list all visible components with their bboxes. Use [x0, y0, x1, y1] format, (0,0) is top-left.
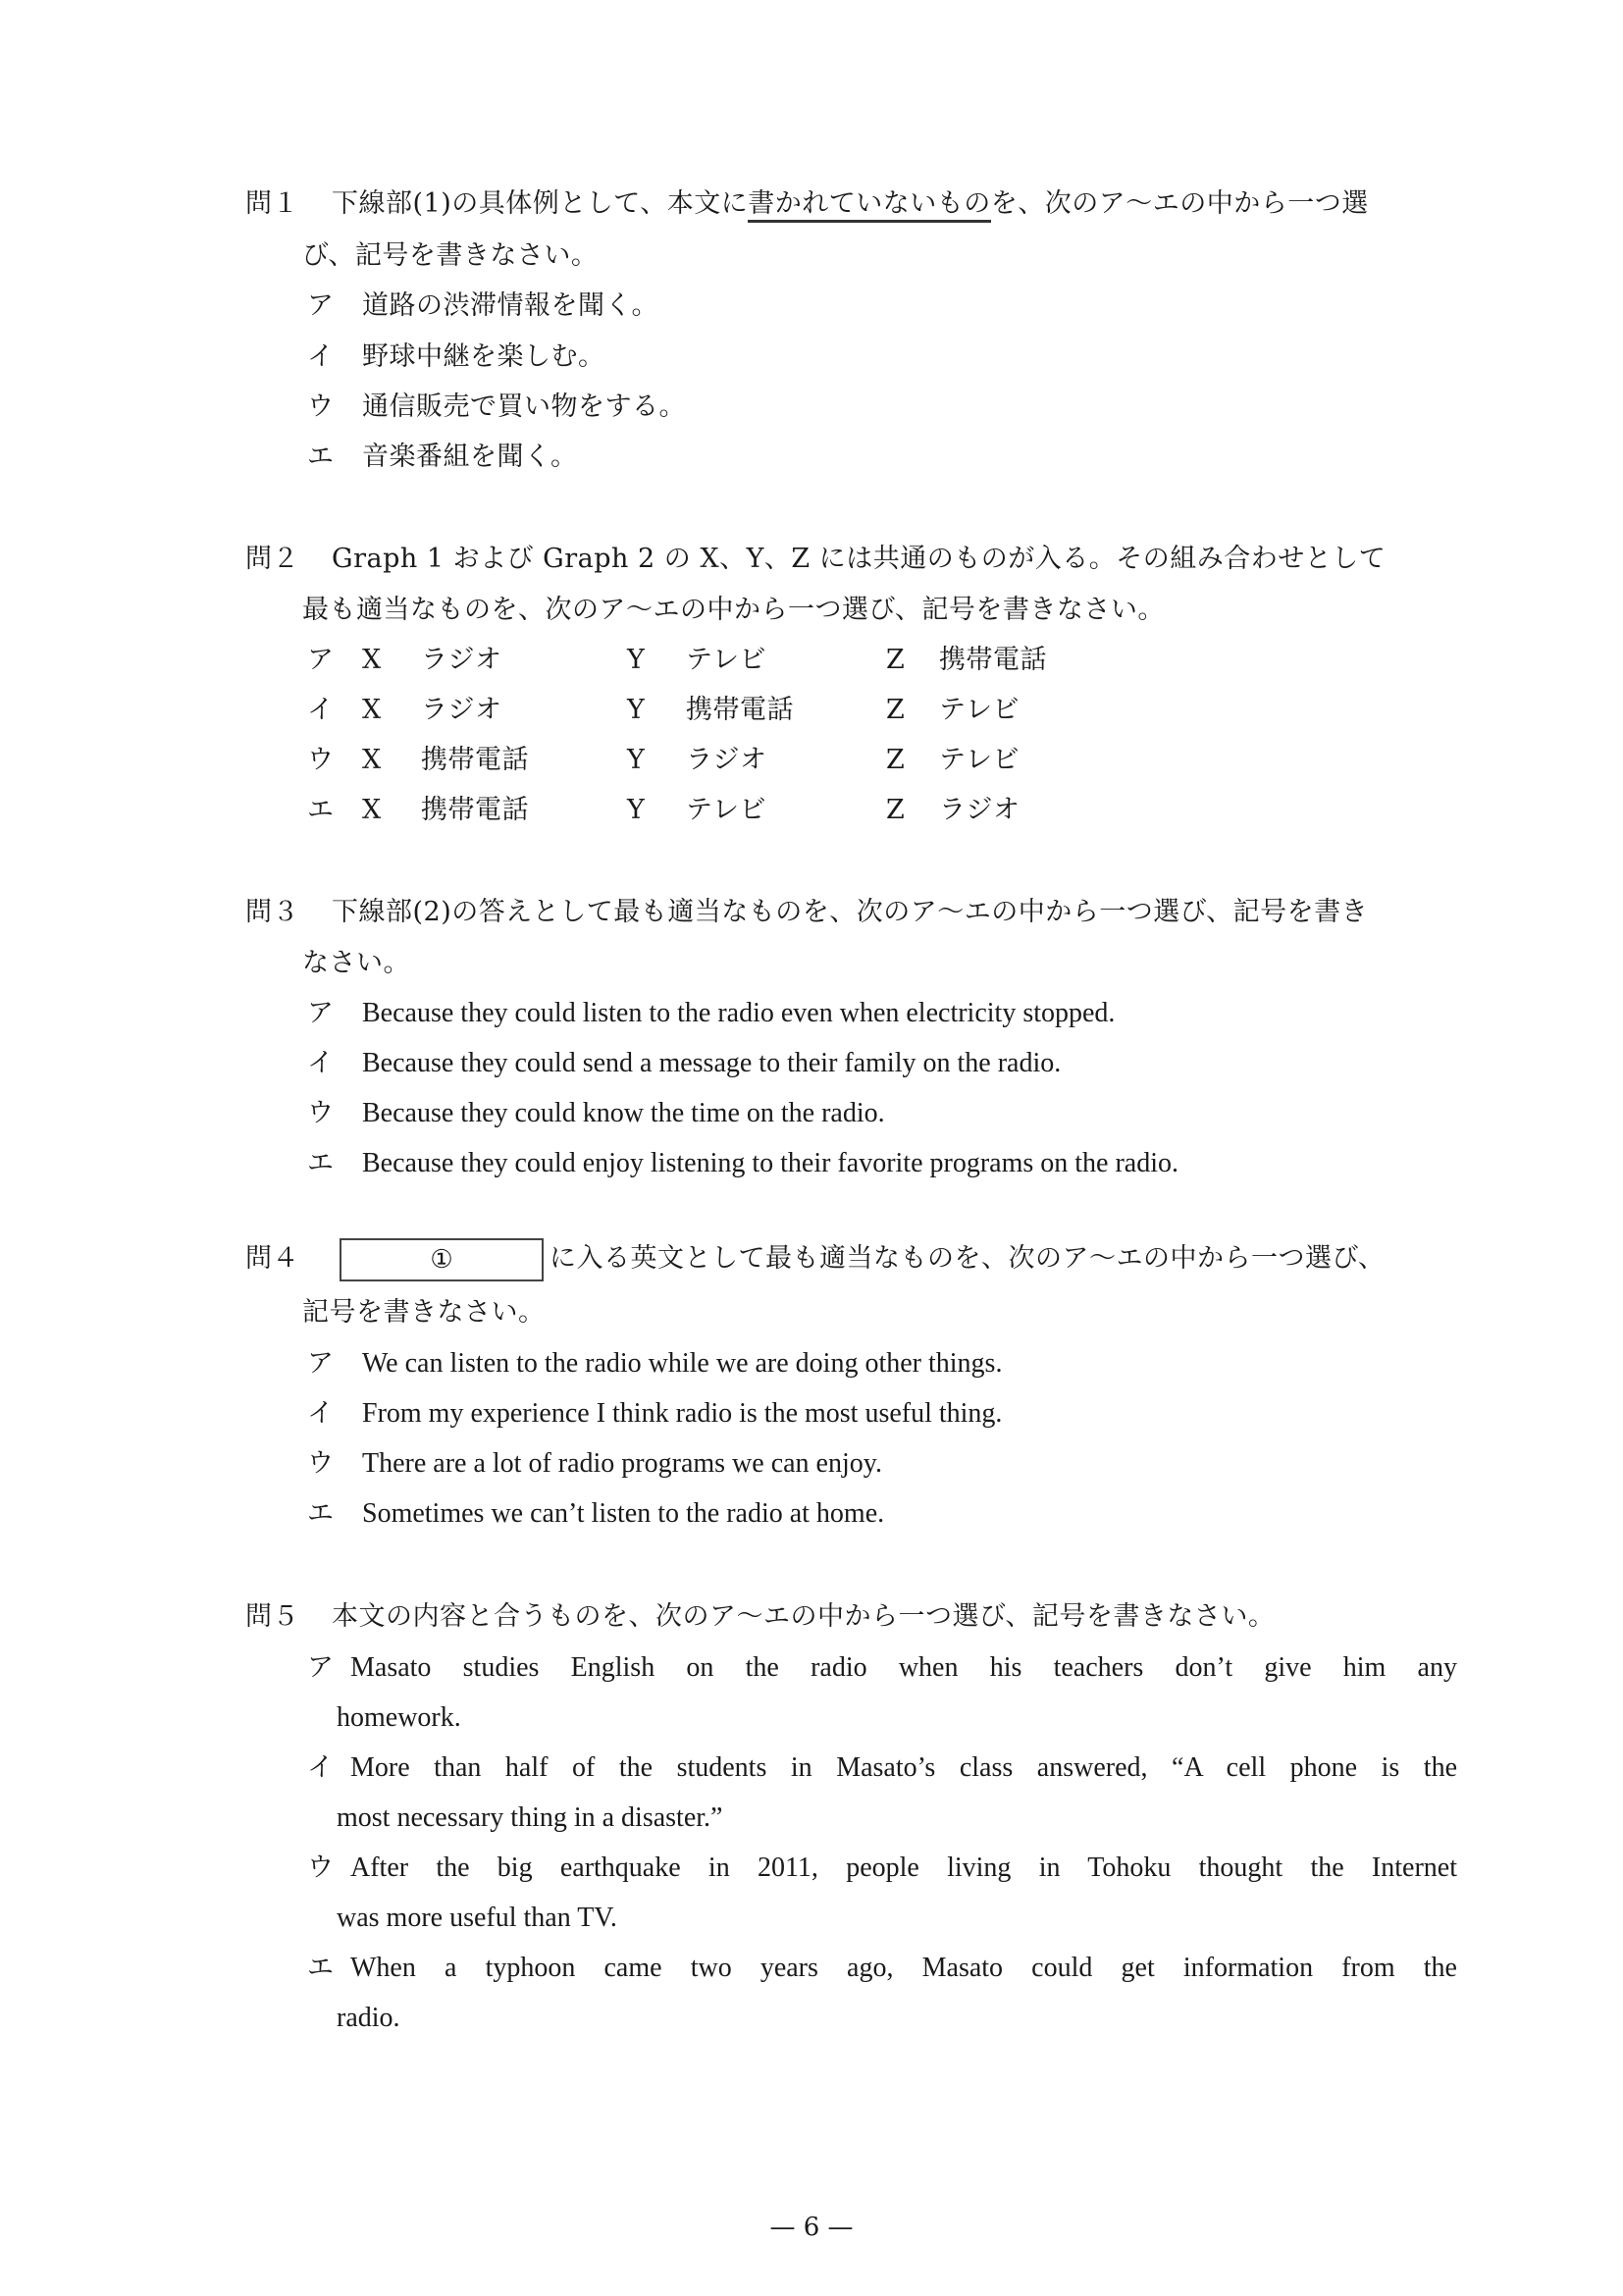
q1-prompt-line2: び、記号を書きなさい。 [302, 238, 598, 274]
option-mark: エ [307, 1496, 362, 1532]
option-mark: エ [307, 440, 362, 475]
x-label: X [362, 643, 421, 678]
option-text: Because they could send a message to the… [362, 1048, 1061, 1078]
q5-option-d-cont: radio. [337, 2001, 400, 2036]
option-mark: イ [307, 1750, 350, 1786]
q4-prompt-line2: 記号を書きなさい。 [302, 1295, 546, 1331]
q4-number: 問４ [245, 1241, 299, 1277]
q1-option-a: ア道路の渋滞情報を聞く。 [307, 288, 658, 324]
option-text: Masato studies English on the radio when… [350, 1650, 1457, 1686]
q3-prompt-line1: 問３下線部(2)の答えとして最も適当なものを、次のア～エの中から一つ選び、記号を… [245, 895, 1368, 930]
option-mark: ウ [307, 1851, 350, 1886]
z-value: ラジオ [939, 793, 1021, 828]
q4-prompt-line1: に入る英文として最も適当なものを、次のア～エの中から一つ選び、 [550, 1241, 1385, 1277]
q2-number: 問２ [245, 542, 332, 577]
z-label: Z [886, 643, 939, 678]
q2-prompt-line2: 最も適当なものを、次のア～エの中から一つ選び、記号を書きなさい。 [302, 593, 1165, 628]
q2-option-b: イXラジオY携帯電話Zテレビ [307, 693, 1020, 728]
q5-option-b: イMore than half of the students in Masat… [307, 1750, 1457, 1786]
option-text: Sometimes we can’t listen to the radio a… [362, 1498, 884, 1529]
option-mark: エ [307, 1951, 350, 1986]
y-label: Y [627, 793, 686, 828]
q3-prompt-line2: なさい。 [302, 946, 410, 981]
q3-option-c: ウBecause they could know the time on the… [307, 1096, 885, 1131]
q2-option-a: アXラジオYテレビZ携帯電話 [307, 643, 1047, 678]
q1-underlined-phrase: 書かれていないもの [748, 188, 991, 223]
x-value: 携帯電話 [421, 743, 627, 778]
q1-prompt-end: を、次のア～エの中から一つ選 [991, 188, 1369, 219]
option-text: 道路の渋滞情報を聞く。 [362, 290, 658, 321]
q4-option-c: ウThere are a lot of radio programs we ca… [307, 1446, 882, 1482]
q4-option-d: エSometimes we can’t listen to the radio … [307, 1496, 884, 1532]
option-mark: ウ [307, 390, 362, 425]
option-text: Because they could enjoy listening to th… [362, 1148, 1178, 1178]
option-mark: ウ [307, 743, 362, 778]
x-label: X [362, 793, 421, 828]
q1-option-d: エ音楽番組を聞く。 [307, 440, 577, 475]
y-label: Y [627, 693, 686, 728]
z-label: Z [886, 793, 939, 828]
option-text: 野球中継を楽しむ。 [362, 341, 605, 372]
y-value: ラジオ [686, 743, 886, 778]
z-value: 携帯電話 [939, 643, 1047, 678]
z-label: Z [886, 743, 939, 778]
y-label: Y [627, 643, 686, 678]
q5-option-a-cont: homework. [337, 1700, 461, 1736]
option-mark: ウ [307, 1446, 362, 1482]
q3-number: 問３ [245, 895, 332, 930]
option-mark: ア [307, 1346, 362, 1382]
y-value: テレビ [686, 793, 886, 828]
x-value: 携帯電話 [421, 793, 627, 828]
option-mark: ア [307, 288, 362, 324]
option-text: From my experience I think radio is the … [362, 1398, 1002, 1429]
exam-page: 問１下線部(1)の具体例として、本文に書かれていないものを、次のア～エの中から一… [0, 0, 1623, 2296]
option-text: More than half of the students in Masato… [350, 1750, 1457, 1786]
q3-option-d: エBecause they could enjoy listening to t… [307, 1146, 1178, 1181]
q4-option-a: アWe can listen to the radio while we are… [307, 1346, 1002, 1382]
option-text: When a typhoon came two years ago, Masat… [350, 1951, 1457, 1986]
q5-prompt-text: 本文の内容と合うものを、次のア～エの中から一つ選び、記号を書きなさい。 [332, 1601, 1275, 1632]
q5-option-b-cont: most necessary thing in a disaster.” [337, 1800, 722, 1836]
option-mark: ア [307, 1650, 350, 1686]
option-mark: イ [307, 1396, 362, 1432]
q5-option-c-cont: was more useful than TV. [337, 1901, 617, 1936]
z-label: Z [886, 693, 939, 728]
option-text: After the big earthquake in 2011, people… [350, 1851, 1457, 1886]
option-mark: ア [307, 643, 362, 678]
page-number: — 6 — [0, 2213, 1623, 2242]
option-text: There are a lot of radio programs we can… [362, 1448, 882, 1479]
x-label: X [362, 743, 421, 778]
option-text: 通信販売で買い物をする。 [362, 391, 686, 422]
option-mark: ア [307, 996, 362, 1031]
x-label: X [362, 693, 421, 728]
q4-option-b: イFrom my experience I think radio is the… [307, 1396, 1002, 1432]
q5-option-d: エWhen a typhoon came two years ago, Masa… [307, 1951, 1457, 1986]
q3-option-a: アBecause they could listen to the radio … [307, 996, 1115, 1031]
q2-prompt-text: Graph 1 および Graph 2 の X、Y、Z には共通のものが入る。そ… [332, 544, 1386, 574]
option-text: 音楽番組を聞く。 [362, 442, 577, 472]
y-label: Y [627, 743, 686, 778]
x-value: ラジオ [421, 693, 627, 728]
q3-prompt-text: 下線部(2)の答えとして最も適当なものを、次のア～エの中から一つ選び、記号を書き [332, 897, 1368, 927]
option-text: Because they could listen to the radio e… [362, 998, 1115, 1028]
q5-option-a: アMasato studies English on the radio whe… [307, 1650, 1457, 1686]
option-mark: エ [307, 1146, 362, 1181]
option-mark: ウ [307, 1096, 362, 1131]
q2-prompt-line1: 問２Graph 1 および Graph 2 の X、Y、Z には共通のものが入る… [245, 542, 1386, 577]
q3-option-b: イBecause they could send a message to th… [307, 1046, 1061, 1081]
option-text: We can listen to the radio while we are … [362, 1348, 1002, 1379]
q2-option-c: ウX携帯電話YラジオZテレビ [307, 743, 1020, 778]
q1-option-b: イ野球中継を楽しむ。 [307, 339, 605, 375]
option-mark: エ [307, 793, 362, 828]
option-mark: イ [307, 693, 362, 728]
q1-number: 問１ [245, 186, 332, 222]
option-mark: イ [307, 339, 362, 375]
q5-number: 問５ [245, 1599, 332, 1635]
q1-prompt-line1: 問１下線部(1)の具体例として、本文に書かれていないものを、次のア～エの中から一… [245, 186, 1369, 222]
q5-prompt-line1: 問５本文の内容と合うものを、次のア～エの中から一つ選び、記号を書きなさい。 [245, 1599, 1275, 1635]
y-value: テレビ [686, 643, 886, 678]
option-mark: イ [307, 1046, 362, 1081]
blank-box-1: ① [340, 1238, 544, 1281]
z-value: テレビ [939, 743, 1020, 778]
q2-option-d: エX携帯電話YテレビZラジオ [307, 793, 1021, 828]
y-value: 携帯電話 [686, 693, 886, 728]
q1-option-c: ウ通信販売で買い物をする。 [307, 390, 686, 425]
q1-prompt-start: 下線部(1)の具体例として、本文に [332, 188, 748, 219]
option-text: Because they could know the time on the … [362, 1098, 885, 1128]
q5-option-c: ウAfter the big earthquake in 2011, peopl… [307, 1851, 1457, 1886]
z-value: テレビ [939, 693, 1020, 728]
x-value: ラジオ [421, 643, 627, 678]
